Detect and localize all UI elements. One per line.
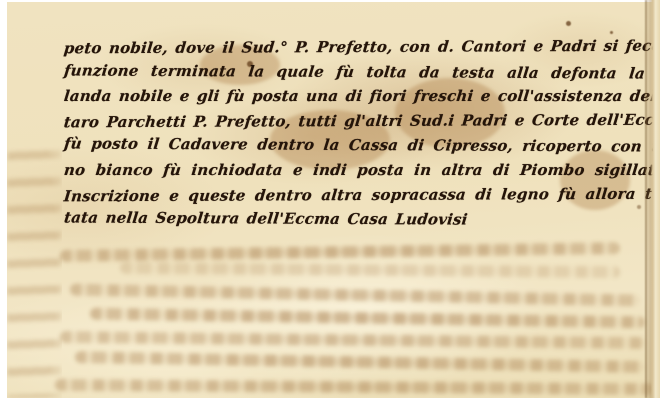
text-line: funzione terminata la quale fù tolta da … [63,58,655,86]
text-line: fù posto il Cadavere dentro la Cassa di … [63,132,655,160]
text-line: tata nella Sepoltura dell'Eccma Casa Lud… [63,206,655,234]
text-line: taro Parchetti P. Prefetto, tutti gl'alt… [63,107,656,134]
handwritten-text: peto nobile, dove il Sud.° P. Prefetto, … [64,35,654,232]
text-line: no bianco fù inchiodata e indi posta in … [63,158,656,183]
text-line: landa nobile e gli fù posta una di fiori… [63,84,656,109]
left-margin-showthrough [7,140,62,398]
page-edge-line [645,0,647,398]
manuscript-scan: peto nobile, dove il Sud.° P. Prefetto, … [0,0,660,398]
ink-spot [566,21,571,26]
text-line: peto nobile, dove il Sud.° P. Prefetto, … [63,34,656,61]
text-line: Inscrizione e queste dentro altra soprac… [63,181,656,208]
